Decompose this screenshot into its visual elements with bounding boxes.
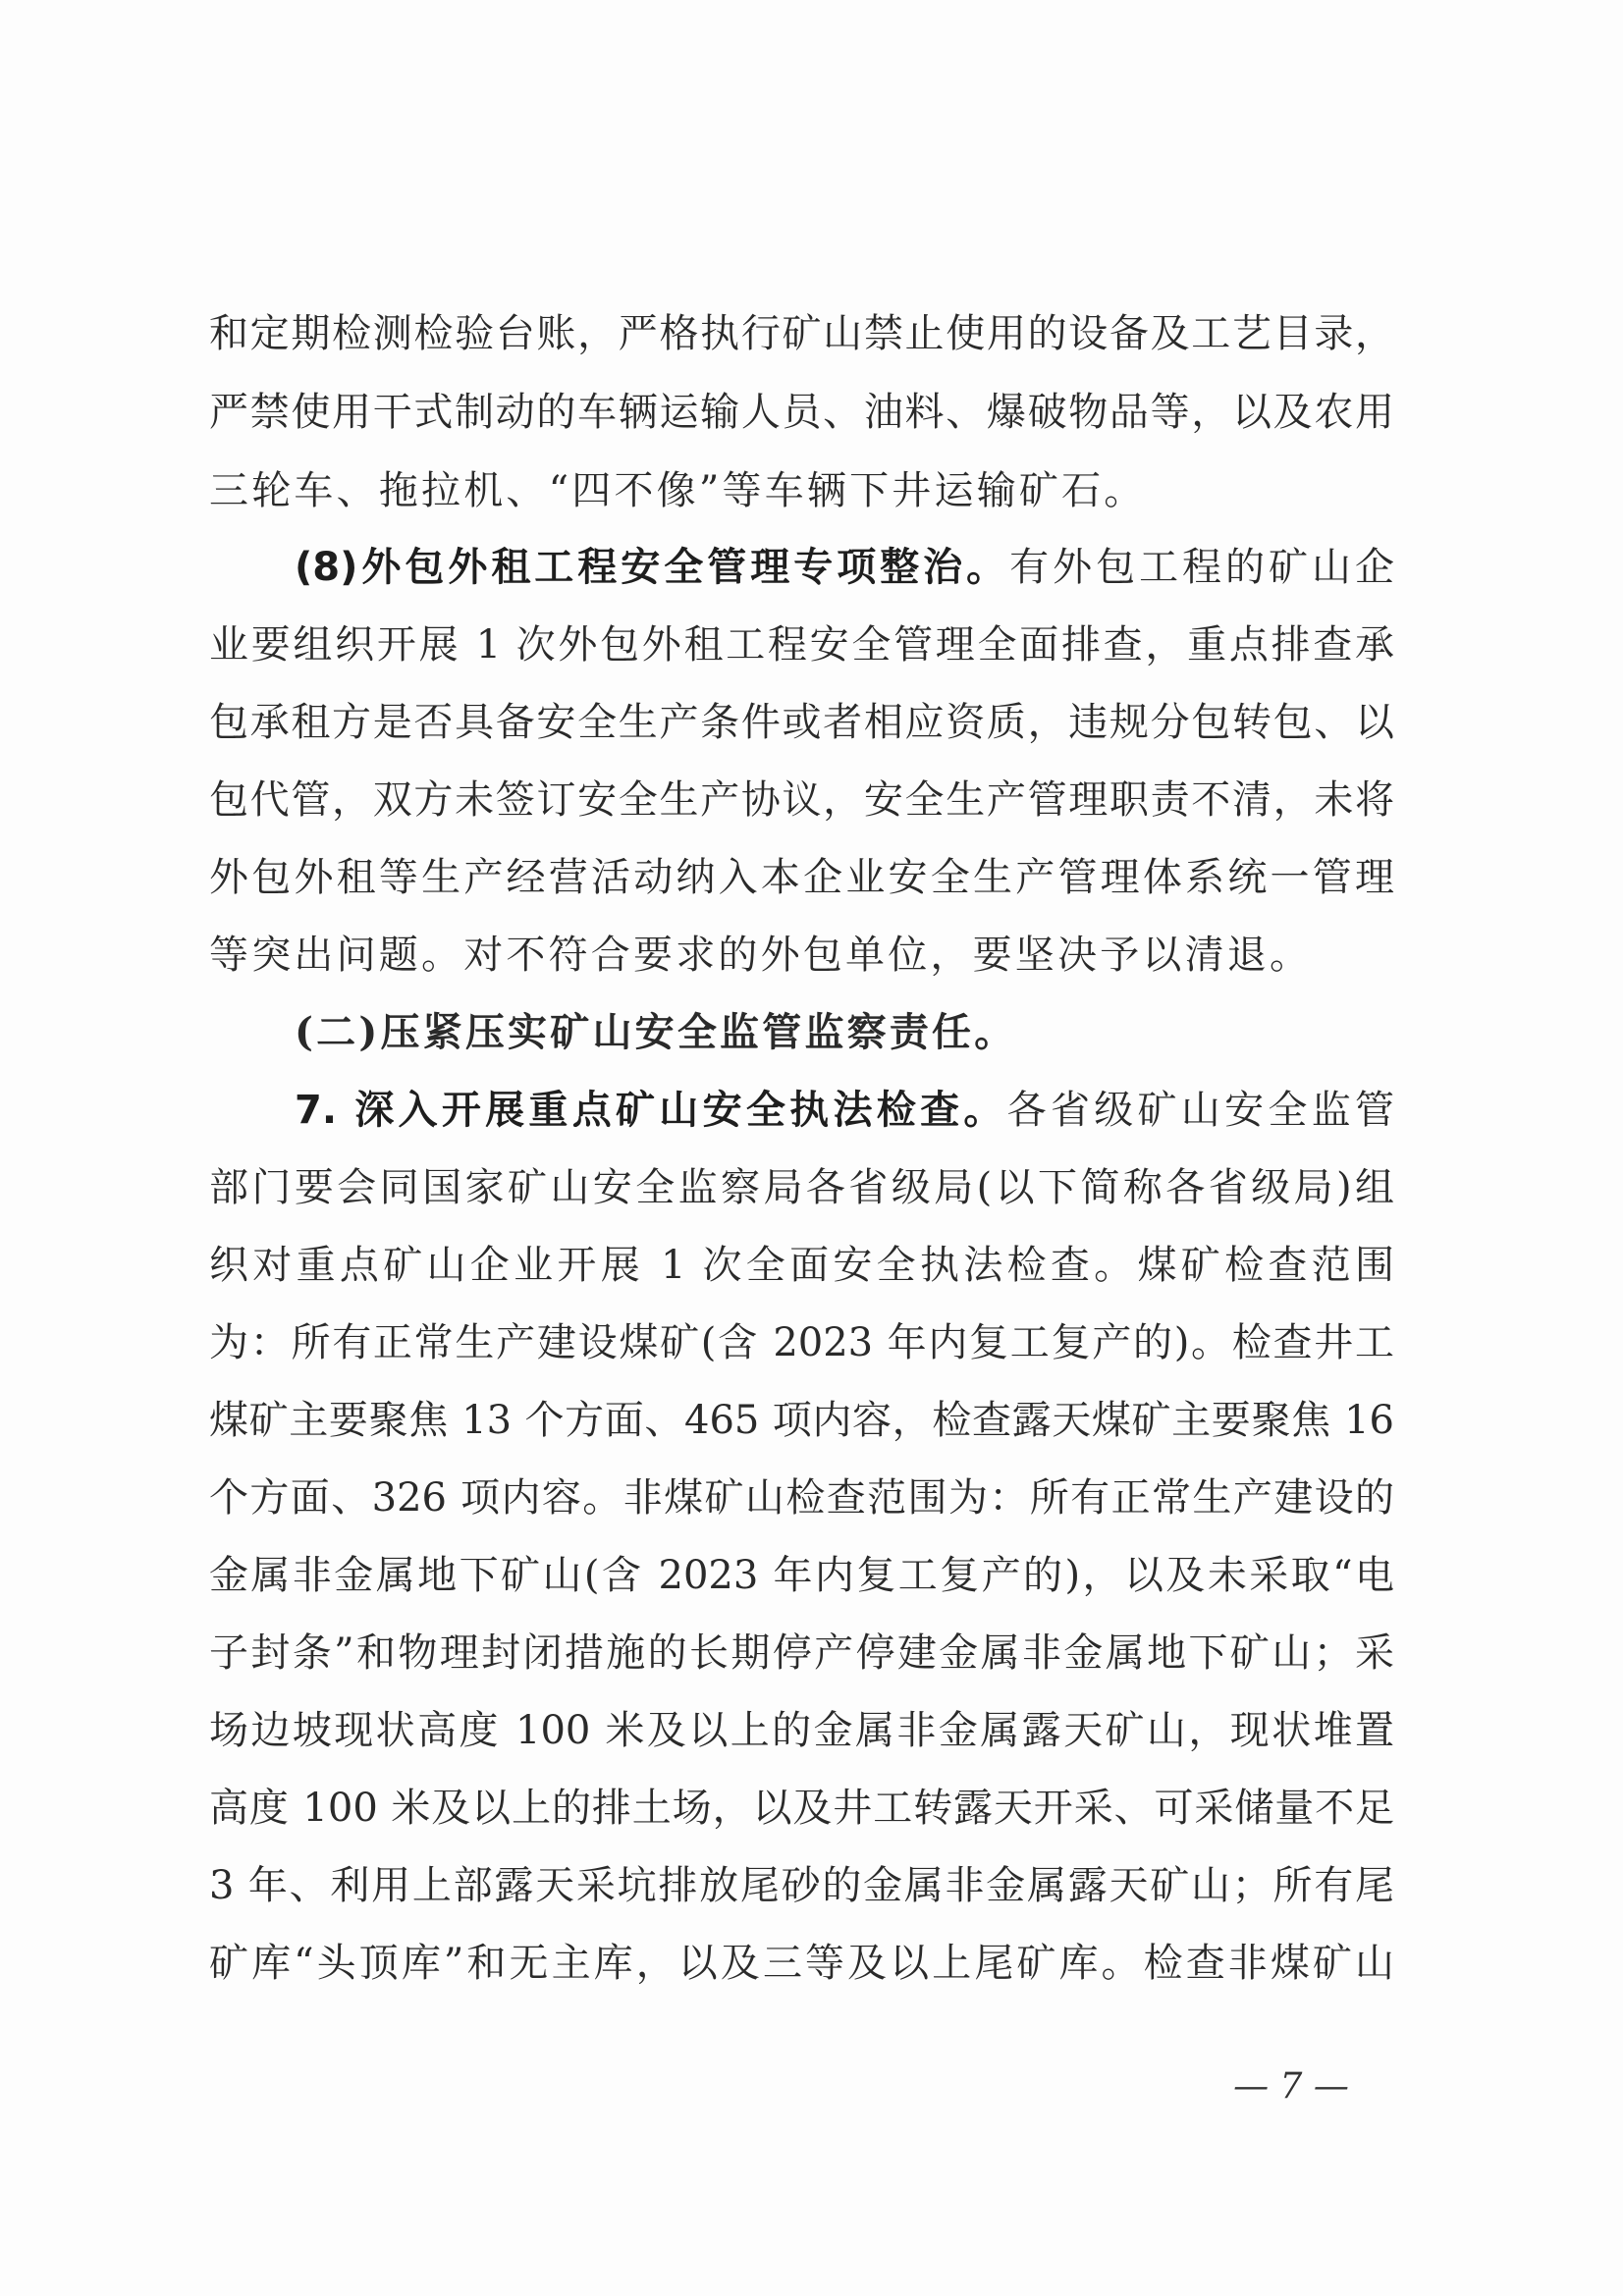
item-7-heading: 7. 深入开展重点矿山安全执法检查。 [295, 1088, 1007, 1133]
page-number: — 7 — [1208, 2059, 1375, 2114]
item-7-text: 各省级矿山安全监管 [1007, 1088, 1394, 1133]
body-line: 等突出问题。对不符合要求的外包单位，要坚决予以清退。 [209, 926, 1394, 985]
item-8-text: 有外包工程的矿山企 [1009, 545, 1394, 590]
body-line: 外包外租等生产经营活动纳入本企业安全生产管理体系统一管理 [209, 848, 1394, 907]
body-line: 部门要会同国家矿山安全监察局各省级局(以下简称各省级局)组 [209, 1158, 1394, 1217]
body-line: 为：所有正常生产建设煤矿(含 2023 年内复工复产的)。检查井工 [209, 1313, 1394, 1372]
body-line: 个方面、326 项内容。非煤矿山检查范围为：所有正常生产建设的 [209, 1468, 1394, 1527]
body-line: 高度 100 米及以上的排土场，以及井工转露天开采、可采储量不足 [209, 1779, 1394, 1838]
item-7-first-line: 7. 深入开展重点矿山安全执法检查。各省级矿山安全监管 [295, 1081, 1394, 1140]
body-line: 金属非金属地下矿山(含 2023 年内复工复产的)，以及未采取“电 [209, 1546, 1394, 1605]
body-line: 三轮车、拖拉机、“四不像”等车辆下井运输矿石。 [209, 461, 1394, 520]
body-line: 包承租方是否具备安全生产条件或者相应资质，违规分包转包、以 [209, 693, 1394, 752]
body-line: 矿库“头顶库”和无主库，以及三等及以上尾矿库。检查非煤矿山 [209, 1934, 1394, 1993]
body-line: 业要组织开展 1 次外包外租工程安全管理全面排查，重点排查承 [209, 615, 1394, 674]
section-heading: (二)压紧压实矿山安全监管监察责任。 [295, 1003, 1394, 1062]
body-line: 严禁使用干式制动的车辆运输人员、油料、爆破物品等，以及农用 [209, 383, 1394, 442]
body-line: 和定期检测检验台账，严格执行矿山禁止使用的设备及工艺目录， [209, 304, 1394, 363]
body-line: 包代管，双方未签订安全生产协议，安全生产管理职责不清，未将 [209, 771, 1394, 829]
body-line: 煤矿主要聚焦 13 个方面、465 项内容，检查露天煤矿主要聚焦 16 [209, 1391, 1394, 1450]
body-line: 子封条”和物理封闭措施的长期停产停建金属非金属地下矿山；采 [209, 1624, 1394, 1682]
item-8-first-line: (8)外包外租工程安全管理专项整治。有外包工程的矿山企 [295, 538, 1394, 597]
body-line: 场边坡现状高度 100 米及以上的金属非金属露天矿山，现状堆置 [209, 1701, 1394, 1760]
body-line: 3 年、利用上部露天采坑排放尾砂的金属非金属露天矿山；所有尾 [209, 1856, 1394, 1915]
document-page: 和定期检测检验台账，严格执行矿山禁止使用的设备及工艺目录， 严禁使用干式制动的车… [0, 0, 1623, 2296]
body-line: 织对重点矿山企业开展 1 次全面安全执法检查。煤矿检查范围 [209, 1236, 1394, 1295]
item-8-heading: (8)外包外租工程安全管理专项整治。 [295, 545, 1009, 590]
